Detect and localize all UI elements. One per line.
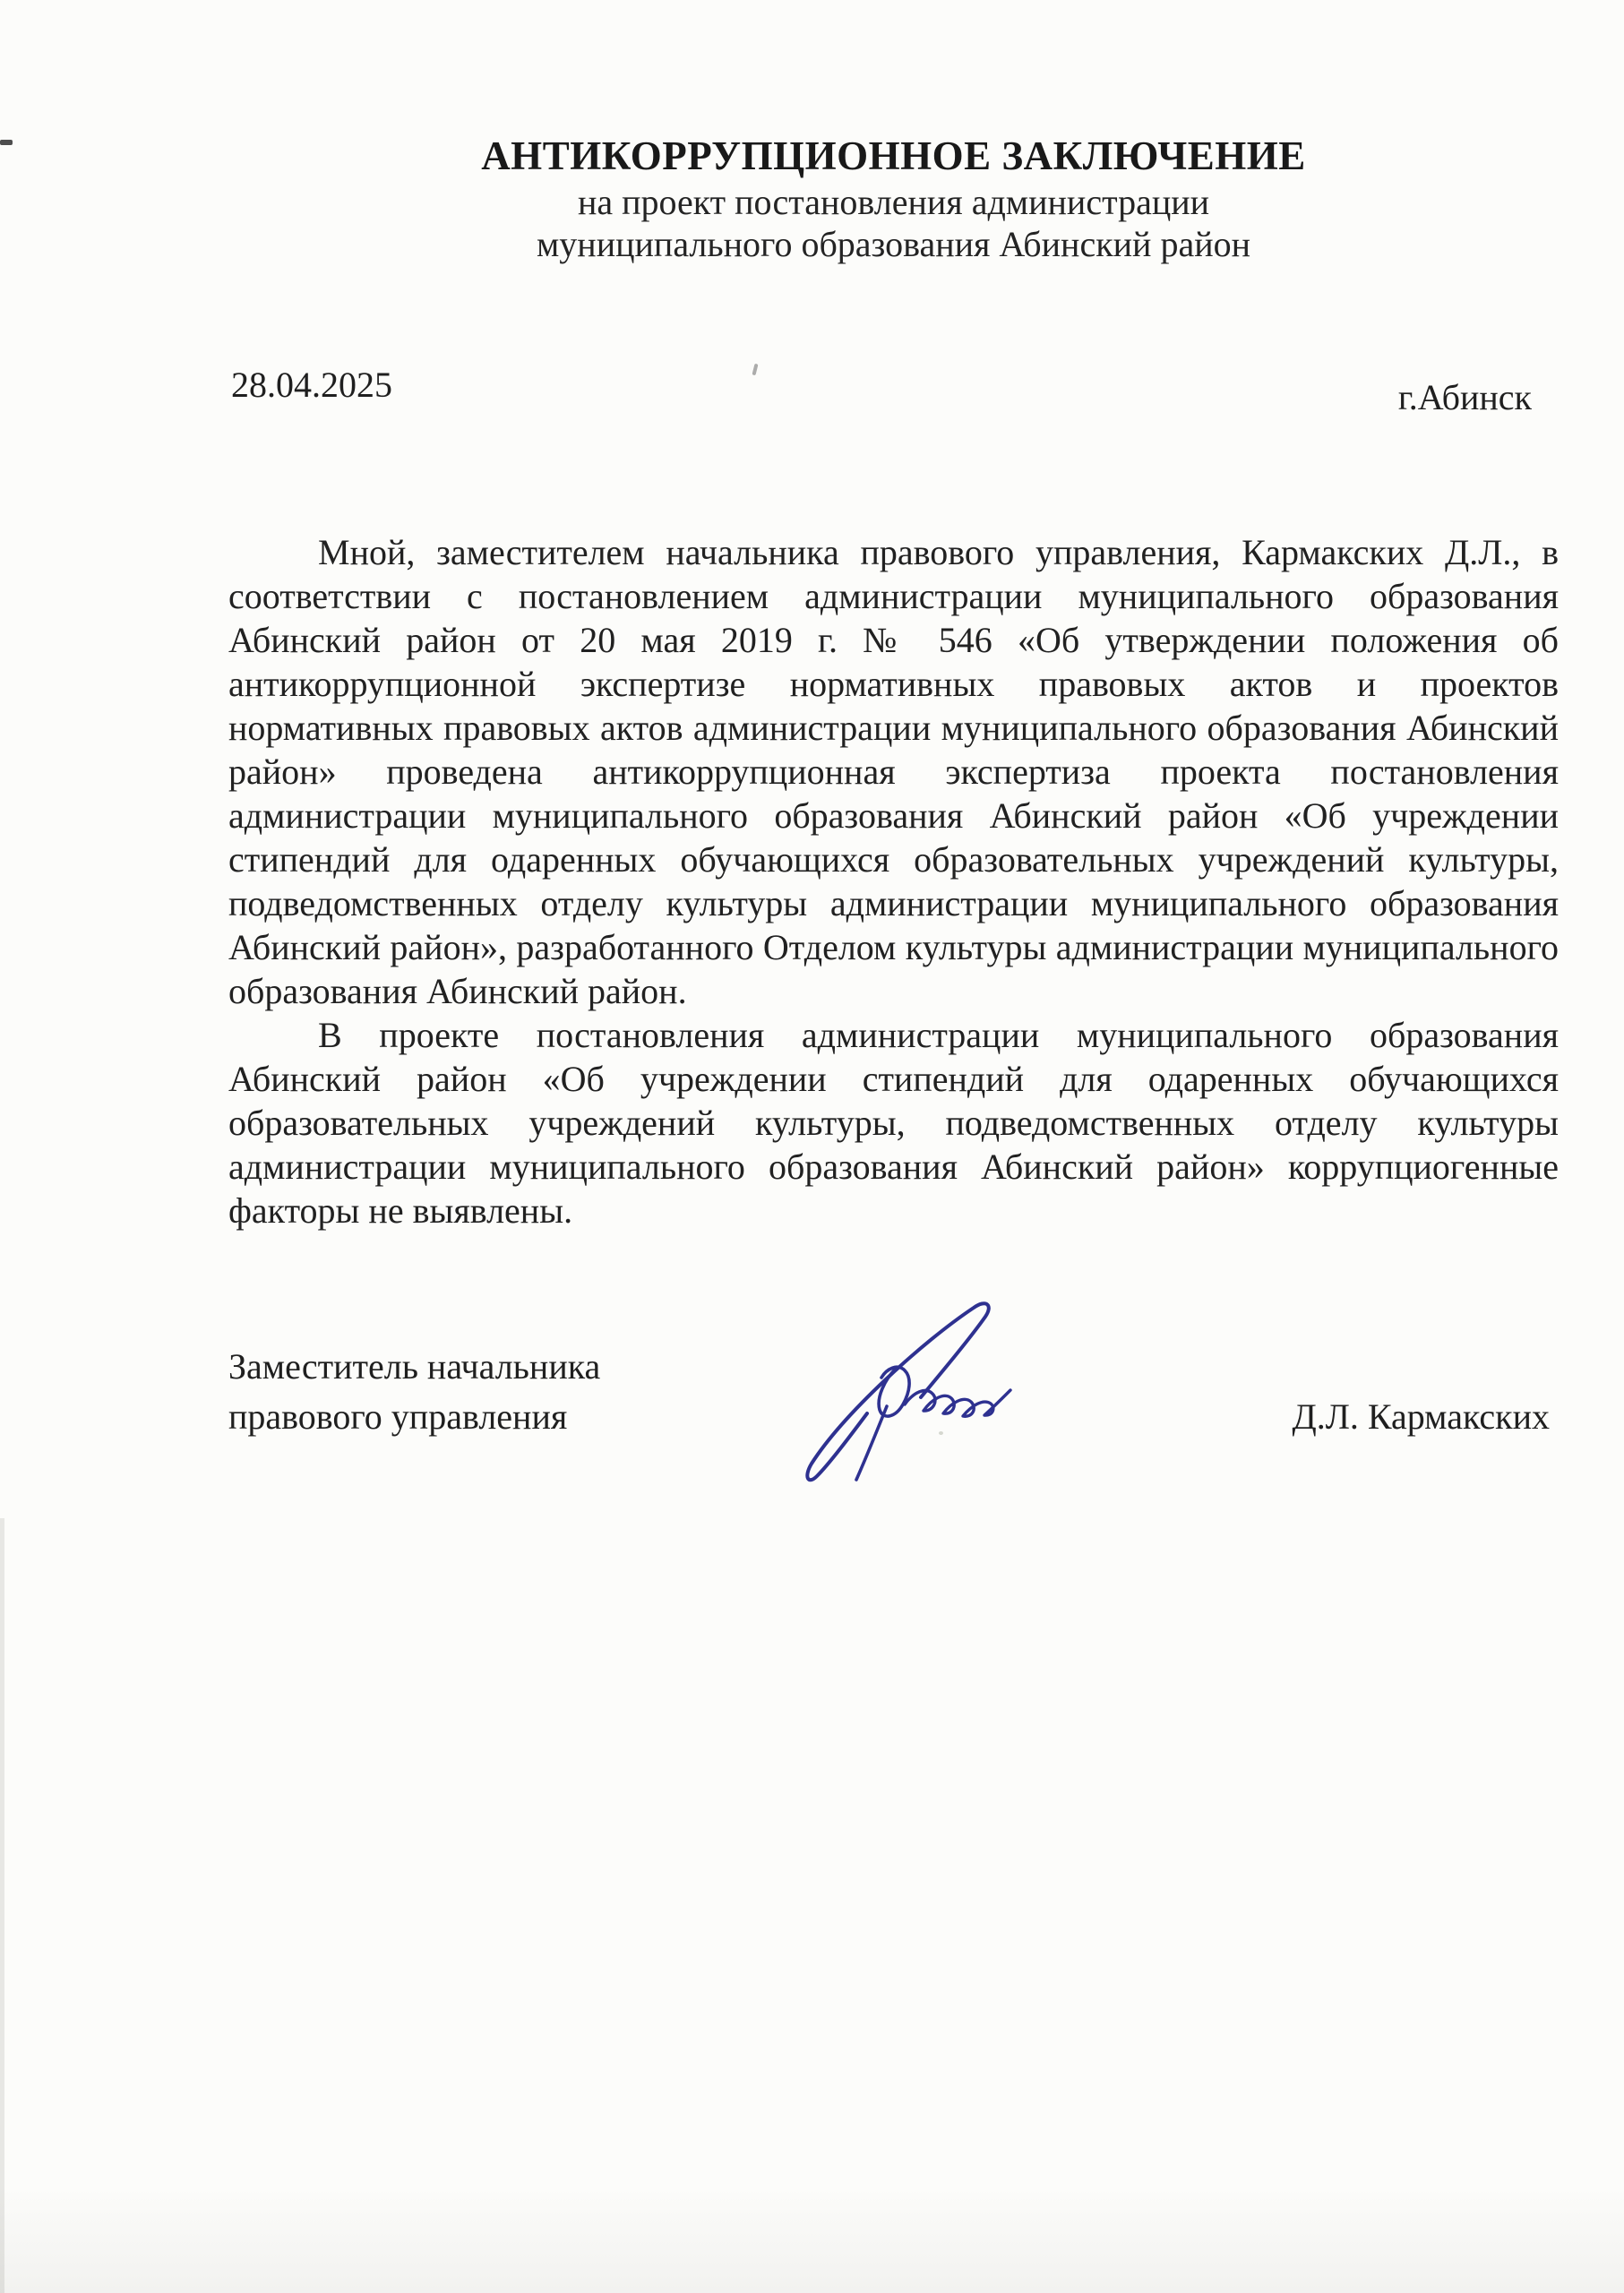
document-date: 28.04.2025 xyxy=(231,364,392,407)
document-subtitle-line1: на проект постановления администрации xyxy=(228,181,1559,223)
document-subtitle-line2: муниципального образования Абинский райо… xyxy=(228,223,1559,265)
document-body: Мной, заместителем начальника правового … xyxy=(228,530,1559,1232)
signature-stroke-loops xyxy=(905,1390,1010,1416)
document-city: г.Абинск xyxy=(1398,376,1532,419)
document-heading: АНТИКОРРУПЦИОННОЕ ЗАКЛЮЧЕНИЕ на проект п… xyxy=(228,131,1559,265)
scanned-document-page: АНТИКОРРУПЦИОННОЕ ЗАКЛЮЧЕНИЕ на проект п… xyxy=(0,0,1624,2293)
handwritten-signature xyxy=(761,1281,1048,1550)
signer-name: Д.Л. Кармакских xyxy=(1292,1392,1550,1442)
body-paragraph-2: В проекте постановления администрации му… xyxy=(228,1013,1559,1232)
scan-edge-bottom xyxy=(0,2186,1624,2293)
signer-position-line1: Заместитель начальника xyxy=(228,1342,600,1392)
scan-artifact-speckle xyxy=(939,1431,943,1435)
body-paragraph-1: Мной, заместителем начальника правового … xyxy=(228,530,1559,1013)
signature-stroke-letter xyxy=(856,1367,909,1480)
date-city-row: 28.04.2025 г.Абинск xyxy=(231,364,1532,407)
signer-position: Заместитель начальника правового управле… xyxy=(228,1342,600,1442)
document-title: АНТИКОРРУПЦИОННОЕ ЗАКЛЮЧЕНИЕ xyxy=(228,131,1559,181)
scan-edge-left xyxy=(0,1518,4,2293)
scan-artifact-dash xyxy=(0,140,13,145)
signer-position-line2: правового управления xyxy=(228,1392,600,1442)
signature-stroke-main xyxy=(807,1303,989,1480)
